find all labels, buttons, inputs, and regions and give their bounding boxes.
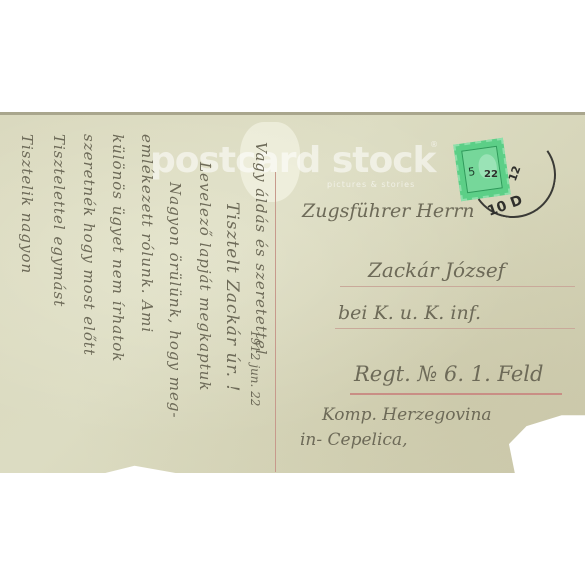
card-divider-line (275, 172, 276, 472)
message-line: Nagyon örülünk, hogy meg- (166, 182, 184, 419)
message-line: Tisztelik nagyon (18, 134, 36, 274)
postcard-back: postcard stock pictures & stories ® Vagy… (0, 112, 585, 473)
watermark-registered-mark: ® (430, 140, 438, 149)
message-line: Levelező lapját megkaptuk (196, 162, 214, 391)
message-line: Tisztelt Zackár úr. ! (222, 202, 242, 392)
postmark-text: 22 (484, 169, 498, 180)
address-line-2: Zackár József (368, 258, 505, 282)
address-line-6: in- Cepelica, (300, 430, 407, 450)
address-line-4: Regt. № 6. 1. Feld (354, 362, 543, 386)
message-line: Tisztelettel egymást (50, 134, 68, 307)
address-line-5: Komp. Herzegovina (322, 405, 492, 425)
message-line: Vagy áldás és szeretettel (252, 142, 270, 356)
address-line-1: Zugsführer Herrn (302, 200, 475, 222)
message-line: emlékezett rólunk. Ami (138, 134, 156, 333)
message-line: szeretnék hogy most előtt (80, 134, 98, 356)
message-line: különös ügyet nem írhatok (109, 134, 127, 362)
address-line-3: bei K. u. K. inf. (338, 302, 481, 324)
watermark-tagline: pictures & stories (327, 180, 415, 189)
message-date: 1912 jun. 22 (248, 330, 262, 406)
handwritten-message: Vagy áldás és szeretettel Tisztelt Zacká… (0, 112, 272, 473)
